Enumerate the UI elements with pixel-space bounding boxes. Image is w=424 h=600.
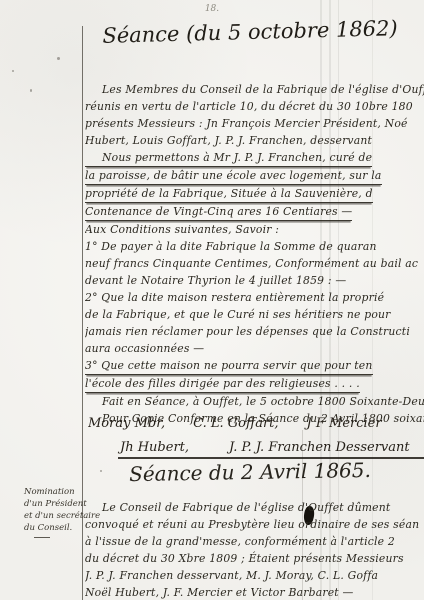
session-1862-body: Les Membres du Conseil de la Fabrique de… <box>85 81 424 427</box>
manuscript-line: Noël Hubert, J. F. Mercier et Victor Bar… <box>85 584 424 600</box>
manuscript-line: présents Messieurs : Jn François Mercier… <box>85 115 424 132</box>
signature-name: C. L. Goffart, <box>193 416 278 431</box>
signature-name: Moray Mbr, <box>88 416 165 431</box>
manuscript-line: de la Fabrique, et que le Curé ni ses hé… <box>85 306 424 323</box>
manuscript-line: Contenance de Vingt-Cinq ares 16 Centiar… <box>85 203 352 221</box>
manuscript-line: aura occasionnées — <box>85 340 424 357</box>
session-1865-body: Le Conseil de Fabrique de l'église d'Ouf… <box>85 499 424 600</box>
manuscript-line: l'école des filles dirigée par des relig… <box>85 375 360 393</box>
manuscript-line: Aux Conditions suivantes, Savoir : <box>85 221 424 238</box>
manuscript-line: du décret du 30 Xbre 1809 ; Étaient prés… <box>85 550 424 567</box>
paper-speck <box>12 70 14 72</box>
manuscript-line: propriété de la Fabrique, Située à la Sa… <box>85 185 373 203</box>
manuscript-line: la paroisse, de bâtir une école avec log… <box>85 167 382 185</box>
signature-row: Moray Mbr, C. L. Goffart, J F Mercier <box>88 416 424 431</box>
margin-note-underline <box>34 537 50 538</box>
manuscript-line: neuf francs Cinquante Centimes, Conformé… <box>85 255 424 272</box>
manuscript-line: 1° De payer à la dite Fabrique la Somme … <box>85 238 424 255</box>
manuscript-line: jamais rien réclamer pour les dépenses q… <box>85 323 424 340</box>
margin-note-line: du Conseil. <box>24 522 82 534</box>
session-1862-heading: Séance (du 5 octobre 1862) <box>84 16 417 49</box>
manuscript-scan-page: 18. Séance (du 5 octobre 1862) Les Membr… <box>0 0 424 600</box>
manuscript-line: J. P. J. Franchen desservant, M. J. Mora… <box>85 567 424 584</box>
margin-note: Nominationd'un Présidentet d'un secrétai… <box>24 486 82 538</box>
manuscript-line: Les Membres du Conseil de la Fabrique de… <box>85 81 424 98</box>
manuscript-line: 3° Que cette maison ne pourra servir que… <box>85 357 373 375</box>
manuscript-line: 2° Que la dite maison restera entièremen… <box>85 289 424 306</box>
manuscript-line: Le Conseil de Fabrique de l'église d'Ouf… <box>85 499 424 516</box>
signature-row: Jh Hubert, J. P. J. Franchen Desservant <box>88 440 424 455</box>
margin-note-line: et d'un secrétaire <box>24 510 82 522</box>
manuscript-line: Hubert, Louis Goffart, J. P. J. Franchen… <box>85 132 424 149</box>
manuscript-line: devant le Notaire Thyrion le 4 juillet 1… <box>85 272 424 289</box>
manuscript-line: réunis en vertu de l'article 10, du décr… <box>85 98 424 115</box>
signature-name: J. P. J. Franchen Desservant <box>229 440 410 455</box>
signature-block: Moray Mbr, C. L. Goffart, J F Mercier Jh… <box>88 416 424 455</box>
margin-note-lines: Nominationd'un Présidentet d'un secrétai… <box>24 486 82 534</box>
manuscript-line: Nous permettons à Mr J. P. J. Franchen, … <box>85 149 372 167</box>
session-1865-heading: Séance du 2 Avril 1865. <box>84 457 416 487</box>
signature-name: J F Mercier <box>307 416 382 431</box>
manuscript-line: convoqué et réuni au Presbytère lieu ord… <box>85 516 424 533</box>
manuscript-line: à l'issue de la grand'messe, conformémen… <box>85 533 424 550</box>
margin-note-line: Nomination <box>24 486 82 498</box>
page-number: 18. <box>0 4 424 14</box>
signature-name: Jh Hubert, <box>120 440 189 455</box>
paper-speck <box>30 89 32 92</box>
paper-speck <box>57 57 60 60</box>
manuscript-line: Fait en Séance, à Ouffet, le 5 octobre 1… <box>85 393 424 410</box>
margin-note-line: d'un Président <box>24 498 82 510</box>
